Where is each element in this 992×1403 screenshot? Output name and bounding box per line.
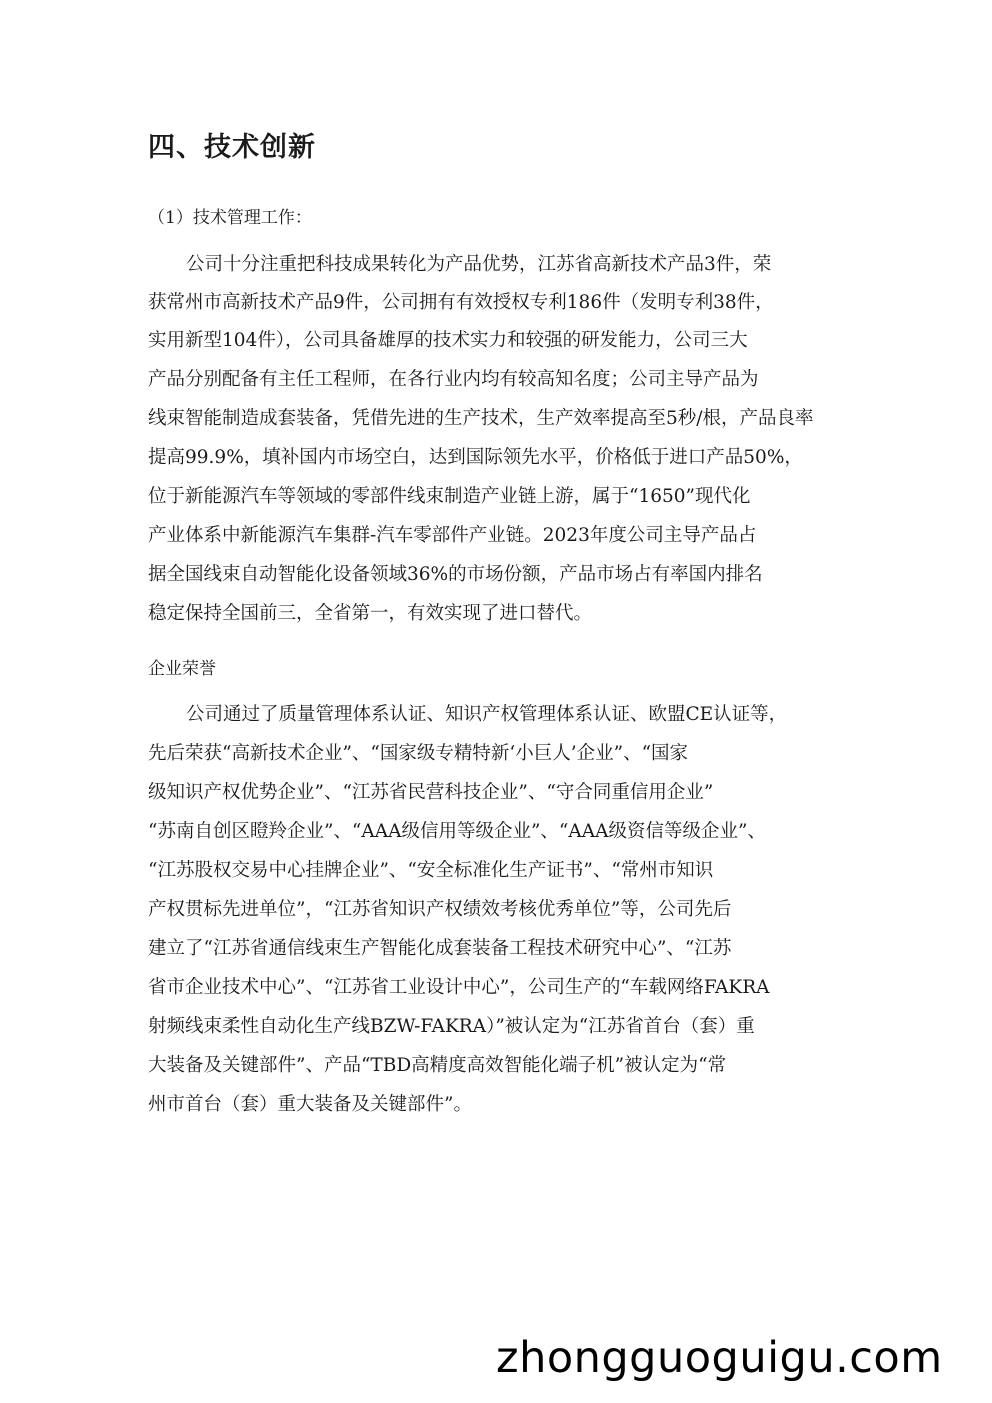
paragraph-line: 线束智能制造成套装备，凭借先进的生产技术，生产效率提高至5秒/根，产品良率 — [148, 404, 808, 434]
section-heading-tech-management: （1）技术管理工作： — [148, 203, 312, 233]
paragraph-line: 提高99.9%，填补国内市场空白，达到国际领先水平，价格低于进口产品50%， — [148, 443, 808, 473]
paragraph-line: 州市首台（套）重大装备及关键部件”。 — [148, 1090, 808, 1120]
paragraph-line: 获常州市高新技术产品9件，公司拥有有效授权专利186件（发明专利38件， — [148, 288, 808, 318]
paragraph-line: 公司十分注重把科技成果转化为产品优势，江苏省高新技术产品3件，荣 — [186, 250, 846, 280]
section-heading-honors: 企业荣誉 — [148, 654, 216, 684]
paragraph-line: “江苏股权交易中心挂牌企业”、“安全标准化生产证书”、“常州市知识 — [148, 856, 808, 886]
paragraph-line: 产品分别配备有主任工程师，在各行业内均有较高知名度；公司主导产品为 — [148, 365, 808, 395]
paragraph-line: 省市企业技术中心”、“江苏省工业设计中心”，公司生产的“车载网络FAKRA — [148, 973, 808, 1003]
page-title: 四、技术创新 — [148, 128, 316, 168]
watermark: zhongguoguigu.com — [496, 1328, 943, 1388]
paragraph-line: 产权贯标先进单位”，“江苏省知识产权绩效考核优秀单位”等，公司先后 — [148, 895, 808, 925]
paragraph-line: 先后荣获“高新技术企业”、“国家级专精特新‘小巨人’企业”、“国家 — [148, 739, 808, 769]
paragraph-line: 建立了“江苏省通信线束生产智能化成套装备工程技术研究中心”、“江苏 — [148, 934, 808, 964]
paragraph-line: 据全国线束自动智能化设备领域36%的市场份额，产品市场占有率国内排名 — [148, 560, 808, 590]
paragraph-line: 公司通过了质量管理体系认证、知识产权管理体系认证、欧盟CE认证等， — [186, 700, 846, 730]
paragraph-line: 产业体系中新能源汽车集群-汽车零部件产业链。2023年度公司主导产品占 — [148, 521, 808, 551]
paragraph-line: 实用新型104件），公司具备雄厚的技术实力和较强的研发能力，公司三大 — [148, 326, 808, 356]
paragraph-line: 稳定保持全国前三，全省第一，有效实现了进口替代。 — [148, 599, 808, 629]
paragraph-line: 位于新能源汽车等领域的零部件线束制造产业链上游，属于“1650”现代化 — [148, 482, 808, 512]
paragraph-line: 射频线束柔性自动化生产线BZW-FAKRA）”被认定为“江苏省首台（套）重 — [148, 1012, 808, 1042]
paragraph-line: “苏南自创区瞪羚企业”、“AAA级信用等级企业”、“AAA级资信等级企业”、 — [148, 817, 808, 847]
paragraph-line: 大装备及关键部件”、产品“TBD高精度高效智能化端子机”被认定为“常 — [148, 1051, 808, 1081]
paragraph-line: 级知识产权优势企业”、“江苏省民营科技企业”、“守合同重信用企业” — [148, 778, 808, 808]
